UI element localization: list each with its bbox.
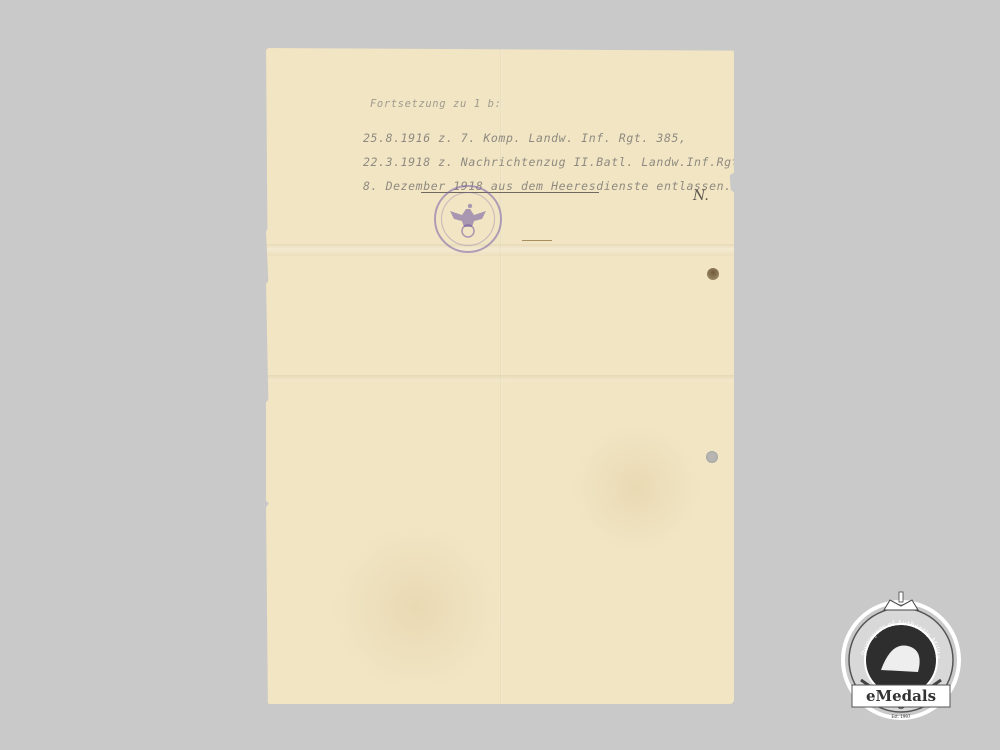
official-stamp <box>434 185 502 253</box>
continuation-heading: Fortsetzung zu 1 b: <box>370 98 502 110</box>
established-text: Est. 1997 <box>892 714 911 719</box>
document-sheet: Fortsetzung zu 1 b: 25.8.1916 z. 7. Komp… <box>266 48 734 704</box>
typed-line: 25.8.1916 z. 7. Komp. Landw. Inf. Rgt. 3… <box>363 131 687 145</box>
brand-text: eMedals <box>866 687 936 705</box>
short-rule <box>522 240 552 241</box>
eagle-icon <box>436 187 500 251</box>
emedals-badge-icon: eMedals Est. 1997 Purveyors of Authentic… <box>826 580 976 730</box>
punch-hole <box>707 268 719 280</box>
horizontal-fold-lower <box>266 375 734 381</box>
punch-hole <box>706 451 718 463</box>
horizontal-fold-upper <box>266 244 734 256</box>
typed-line: 8. Dezember 1918 aus dem Heeresdienste e… <box>363 179 732 193</box>
emedals-watermark-logo: eMedals Est. 1997 Purveyors of Authentic… <box>826 580 976 730</box>
typed-line: 22.3.1918 z. Nachrichtenzug II.Batl. Lan… <box>363 155 777 169</box>
paper-stain <box>566 428 706 548</box>
paper-stain <box>326 528 506 688</box>
handwritten-initial: N. <box>693 188 709 204</box>
